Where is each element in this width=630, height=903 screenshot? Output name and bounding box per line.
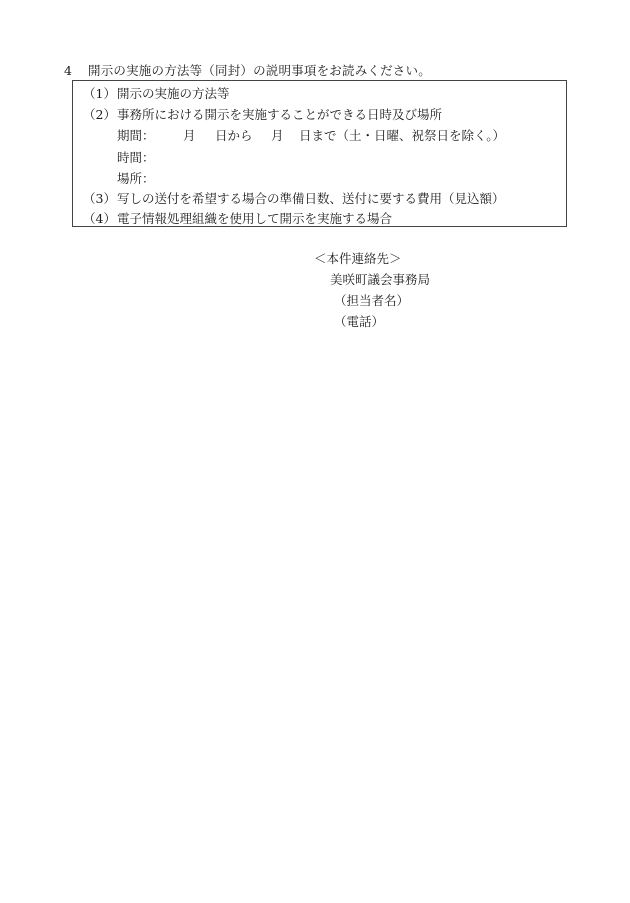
contact-phone: （電話）	[334, 312, 384, 330]
time-label: 時間：	[117, 148, 155, 166]
period-month-from: 月	[183, 126, 215, 144]
item-label: （4）	[73, 209, 117, 227]
period-month-to: 月	[271, 126, 299, 144]
item-text: 電子情報処理組織を使用して開示を実施する場合	[117, 211, 392, 226]
item-text: 事務所における開示を実施することができる日時及び場所	[117, 107, 442, 122]
item-label: （3）	[73, 189, 117, 207]
explanation-box: （1）開示の実施の方法等 （2）事務所における開示を実施することができる日時及び…	[72, 80, 567, 227]
list-item-4: （4）電子情報処理組織を使用して開示を実施する場合	[73, 209, 392, 227]
period-day-to: 日まで（土・日曜、祝祭日を除く。）	[299, 126, 505, 144]
contact-title: ＜本件連絡先＞	[314, 249, 402, 267]
list-item-3: （3）写しの送付を希望する場合の準備日数、送付に要する費用（見込額）	[73, 189, 505, 207]
place-label: 場所：	[117, 169, 155, 187]
item-label: （2）	[73, 105, 117, 123]
item-text: 写しの送付を希望する場合の準備日数、送付に要する費用（見込額）	[117, 191, 505, 206]
item-label: （1）	[73, 84, 117, 102]
section-heading: 4開示の実施の方法等（同封）の説明事項をお読みください。	[64, 61, 431, 79]
list-item-2: （2）事務所における開示を実施することができる日時及び場所	[73, 105, 442, 123]
section-heading-text: 開示の実施の方法等（同封）の説明事項をお読みください。	[88, 63, 431, 78]
contact-office: 美咲町議会事務局	[330, 270, 430, 288]
period-line: 期間：月日から月日まで（土・日曜、祝祭日を除く。）	[117, 126, 505, 144]
section-number: 4	[64, 63, 88, 78]
contact-person: （担当者名）	[334, 291, 409, 309]
item-text: 開示の実施の方法等	[117, 86, 230, 101]
period-day-from: 日から	[215, 126, 271, 144]
period-label: 期間：	[117, 126, 157, 144]
list-item-1: （1）開示の実施の方法等	[73, 84, 230, 102]
